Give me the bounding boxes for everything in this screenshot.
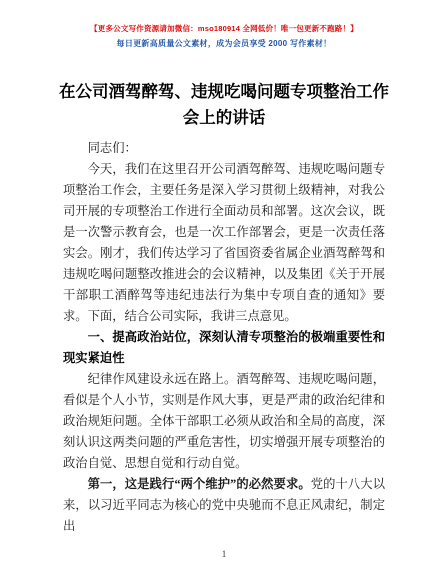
document-title-line-1: 在公司酒驾醉驾、违规吃喝问题专项整治工作: [0, 79, 448, 105]
paragraph-first-point-lead: 第一，这是践行“两个维护”的必然要求。: [88, 477, 311, 491]
promo-line-blue: 每日更新高质量公文素材，成为会员享受 2000 写作素材！: [0, 38, 448, 50]
promo-header: 【更多公文写作资源请加微信：mso180914 全网低价！唯一包更新不跑路！】 …: [0, 0, 448, 50]
promo-line-red: 【更多公文写作资源请加微信：mso180914 全网低价！唯一包更新不跑路！】: [0, 23, 448, 34]
document-page: 【更多公文写作资源请加微信：mso180914 全网低价！唯一包更新不跑路！】 …: [0, 0, 448, 580]
document-body: 同志们： 今天，我们在这里召开公司酒驾醉驾、违规吃喝问题专项整治工作会，主要任务…: [63, 138, 385, 538]
salutation: 同志们：: [63, 138, 385, 159]
paragraph-intro: 今天，我们在这里召开公司酒驾醉驾、违规吃喝问题专项整治工作会，主要任务是深入学习…: [63, 159, 385, 327]
section-heading-1: 一、提高政治站位，深刻认清专项整治的极端重要性和现实紧迫性: [63, 327, 385, 369]
paragraph-discipline: 纪律作风建设永远在路上。酒驾醉驾、违规吃喝问题，看似是个人小节，实则是作风大事，…: [63, 369, 385, 474]
paragraph-first-point: 第一，这是践行“两个维护”的必然要求。党的十八大以来，以习近平同志为核心的党中央…: [63, 474, 385, 537]
document-title: 在公司酒驾醉驾、违规吃喝问题专项整治工作 会上的讲话: [0, 79, 448, 131]
page-number: 1: [0, 549, 448, 559]
document-title-line-2: 会上的讲话: [0, 105, 448, 131]
